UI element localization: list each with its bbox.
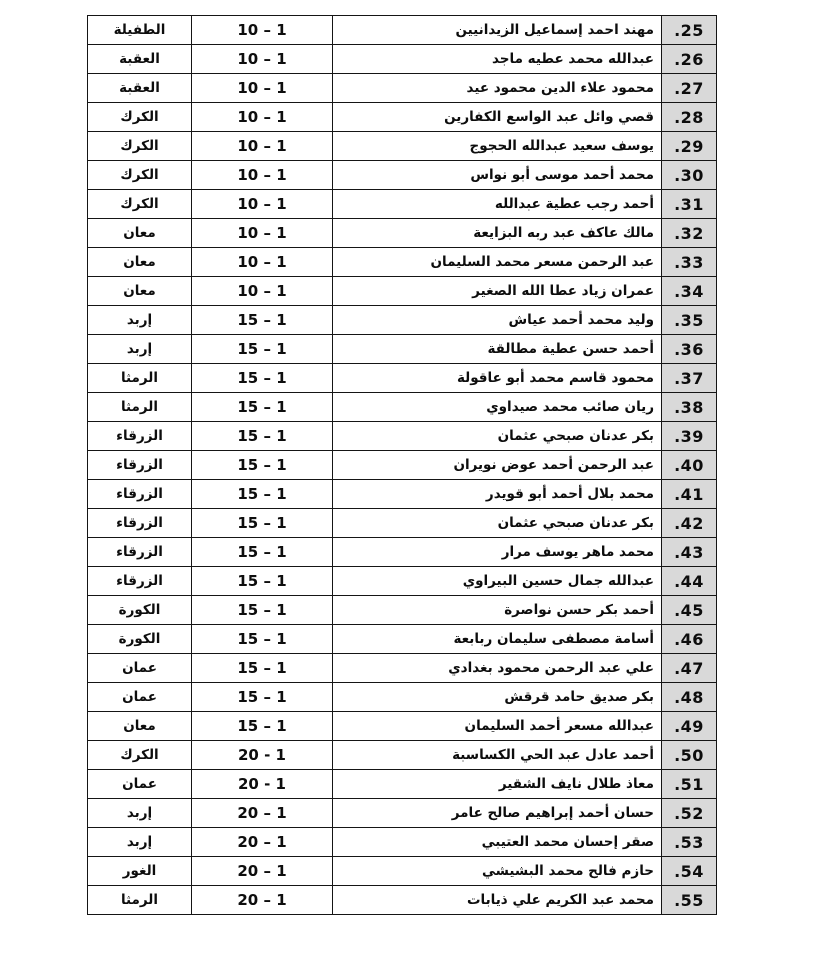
person-name-cell: معاذ طلال نايف الشقير xyxy=(333,770,662,799)
location-cell: الزرقاء xyxy=(88,538,192,567)
person-name-cell: بكر صديق حامد قرقش xyxy=(333,683,662,712)
table-row: 25. مهند احمد إسماعيل الزيدانيين 1 – 10 … xyxy=(88,16,717,45)
number-range-cell: 1 – 15 xyxy=(192,335,333,364)
person-name-cell: عبد الرحمن مسعر محمد السليمان xyxy=(333,248,662,277)
table-row: 28. قصي وائل عبد الواسع الكفارين 1 – 10 … xyxy=(88,103,717,132)
number-range-cell: 1 – 10 xyxy=(192,161,333,190)
person-name-cell: محمد عبد الكريم علي ذيابات xyxy=(333,886,662,915)
location-cell: إربد xyxy=(88,828,192,857)
row-number-cell: 52. xyxy=(662,799,717,828)
location-cell: الزرقاء xyxy=(88,422,192,451)
person-name-cell: محمد ماهر يوسف مرار xyxy=(333,538,662,567)
person-name-cell: بكر عدنان صبحي عثمان xyxy=(333,422,662,451)
location-cell: الرمثا xyxy=(88,886,192,915)
location-cell: الكرك xyxy=(88,161,192,190)
table-row: 29. يوسف سعيد عبدالله الحجوج 1 – 10 الكر… xyxy=(88,132,717,161)
location-cell: الكرك xyxy=(88,103,192,132)
row-number-cell: 36. xyxy=(662,335,717,364)
row-number-cell: 45. xyxy=(662,596,717,625)
row-number-cell: 54. xyxy=(662,857,717,886)
number-range-cell: 1 - 20 xyxy=(192,741,333,770)
row-number-cell: 47. xyxy=(662,654,717,683)
number-range-cell: 1 - 20 xyxy=(192,770,333,799)
person-name-cell: حسان أحمد إبراهيم صالح عامر xyxy=(333,799,662,828)
person-name-cell: محمود علاء الدين محمود عيد xyxy=(333,74,662,103)
table-row: 41. محمد بلال أحمد أبو قويدر 1 – 15 الزر… xyxy=(88,480,717,509)
person-name-cell: حازم فالح محمد البشيشي xyxy=(333,857,662,886)
number-range-cell: 1 – 15 xyxy=(192,364,333,393)
number-range-cell: 1 – 10 xyxy=(192,16,333,45)
table-row: 42. بكر عدنان صبحي عثمان 1 – 15 الزرقاء xyxy=(88,509,717,538)
table-row: 30. محمد أحمد موسى أبو نواس 1 – 10 الكرك xyxy=(88,161,717,190)
table-row: 38. ريان صائب محمد صيداوي 1 – 15 الرمثا xyxy=(88,393,717,422)
person-name-cell: عمران زياد عطا الله الصغير xyxy=(333,277,662,306)
person-name-cell: أحمد رجب عطية عبدالله xyxy=(333,190,662,219)
location-cell: معان xyxy=(88,712,192,741)
table-row: 34. عمران زياد عطا الله الصغير 1 – 10 مع… xyxy=(88,277,717,306)
person-name-cell: وليد محمد أحمد عياش xyxy=(333,306,662,335)
table-row: 26. عبدالله محمد عطيه ماجد 1 – 10 العقبة xyxy=(88,45,717,74)
location-cell: العقبة xyxy=(88,74,192,103)
row-number-cell: 27. xyxy=(662,74,717,103)
table-row: 54. حازم فالح محمد البشيشي 1 – 20 الغور xyxy=(88,857,717,886)
row-number-cell: 28. xyxy=(662,103,717,132)
table-row: 46. أسامة مصطفى سليمان ربابعة 1 – 15 الك… xyxy=(88,625,717,654)
row-number-cell: 43. xyxy=(662,538,717,567)
location-cell: العقبة xyxy=(88,45,192,74)
row-number-cell: 34. xyxy=(662,277,717,306)
row-number-cell: 50. xyxy=(662,741,717,770)
number-range-cell: 1 – 15 xyxy=(192,625,333,654)
number-range-cell: 1 – 15 xyxy=(192,596,333,625)
table-row: 53. صقر إحسان محمد العتيبي 1 – 20 إربد xyxy=(88,828,717,857)
location-cell: عمان xyxy=(88,683,192,712)
row-number-cell: 46. xyxy=(662,625,717,654)
location-cell: الرمثا xyxy=(88,393,192,422)
person-name-cell: علي عبد الرحمن محمود بغدادي xyxy=(333,654,662,683)
table-row: 43. محمد ماهر يوسف مرار 1 – 15 الزرقاء xyxy=(88,538,717,567)
table-row: 36. أحمد حسن عطية مطالقة 1 – 15 إربد xyxy=(88,335,717,364)
location-cell: عمان xyxy=(88,654,192,683)
row-number-cell: 42. xyxy=(662,509,717,538)
number-range-cell: 1 – 20 xyxy=(192,857,333,886)
table-row: 40. عبد الرحمن أحمد عوض نويران 1 – 15 ال… xyxy=(88,451,717,480)
location-cell: الكرك xyxy=(88,132,192,161)
table-row: 37. محمود قاسم محمد أبو عاقولة 1 – 15 ال… xyxy=(88,364,717,393)
person-name-cell: ريان صائب محمد صيداوي xyxy=(333,393,662,422)
location-cell: الزرقاء xyxy=(88,480,192,509)
number-range-cell: 1 – 10 xyxy=(192,248,333,277)
row-number-cell: 38. xyxy=(662,393,717,422)
row-number-cell: 44. xyxy=(662,567,717,596)
location-cell: الزرقاء xyxy=(88,451,192,480)
row-number-cell: 33. xyxy=(662,248,717,277)
location-cell: معان xyxy=(88,248,192,277)
number-range-cell: 1 – 10 xyxy=(192,277,333,306)
number-range-cell: 1 – 10 xyxy=(192,190,333,219)
row-number-cell: 26. xyxy=(662,45,717,74)
location-cell: إربد xyxy=(88,799,192,828)
number-range-cell: 1 – 15 xyxy=(192,422,333,451)
number-range-cell: 1 – 15 xyxy=(192,393,333,422)
number-range-cell: 1 – 20 xyxy=(192,828,333,857)
person-name-cell: محمود قاسم محمد أبو عاقولة xyxy=(333,364,662,393)
number-range-cell: 1 – 10 xyxy=(192,132,333,161)
row-number-cell: 40. xyxy=(662,451,717,480)
row-number-cell: 32. xyxy=(662,219,717,248)
location-cell: الطفيلة xyxy=(88,16,192,45)
person-name-cell: أحمد حسن عطية مطالقة xyxy=(333,335,662,364)
location-cell: الكورة xyxy=(88,596,192,625)
location-cell: عمان xyxy=(88,770,192,799)
table-row: 48. بكر صديق حامد قرقش 1 – 15 عمان xyxy=(88,683,717,712)
table-row: 44. عبدالله جمال حسين البيراوي 1 – 15 ال… xyxy=(88,567,717,596)
number-range-cell: 1 – 20 xyxy=(192,886,333,915)
number-range-cell: 1 – 15 xyxy=(192,683,333,712)
row-number-cell: 29. xyxy=(662,132,717,161)
table-row: 31. أحمد رجب عطية عبدالله 1 – 10 الكرك xyxy=(88,190,717,219)
person-name-cell: صقر إحسان محمد العتيبي xyxy=(333,828,662,857)
location-cell: الرمثا xyxy=(88,364,192,393)
person-name-cell: قصي وائل عبد الواسع الكفارين xyxy=(333,103,662,132)
person-name-cell: بكر عدنان صبحي عثمان xyxy=(333,509,662,538)
number-range-cell: 1 – 10 xyxy=(192,103,333,132)
row-number-cell: 30. xyxy=(662,161,717,190)
row-number-cell: 37. xyxy=(662,364,717,393)
row-number-cell: 25. xyxy=(662,16,717,45)
row-number-cell: 35. xyxy=(662,306,717,335)
row-number-cell: 41. xyxy=(662,480,717,509)
number-range-cell: 1 – 15 xyxy=(192,480,333,509)
table-row: 27. محمود علاء الدين محمود عيد 1 – 10 ال… xyxy=(88,74,717,103)
location-cell: معان xyxy=(88,219,192,248)
scanned-page: 25. مهند احمد إسماعيل الزيدانيين 1 – 10 … xyxy=(0,0,828,960)
number-range-cell: 1 – 20 xyxy=(192,799,333,828)
table-row: 52. حسان أحمد إبراهيم صالح عامر 1 – 20 إ… xyxy=(88,799,717,828)
number-range-cell: 1 – 15 xyxy=(192,654,333,683)
location-cell: الكرك xyxy=(88,741,192,770)
person-name-cell: محمد بلال أحمد أبو قويدر xyxy=(333,480,662,509)
row-number-cell: 53. xyxy=(662,828,717,857)
location-cell: إربد xyxy=(88,306,192,335)
person-name-cell: عبد الرحمن أحمد عوض نويران xyxy=(333,451,662,480)
table-row: 35. وليد محمد أحمد عياش 1 – 15 إربد xyxy=(88,306,717,335)
person-name-cell: مالك عاكف عبد ربه البزايعة xyxy=(333,219,662,248)
table-row: 49. عبدالله مسعر أحمد السليمان 1 – 15 مع… xyxy=(88,712,717,741)
location-cell: الكرك xyxy=(88,190,192,219)
table-row: 32. مالك عاكف عبد ربه البزايعة 1 – 10 مع… xyxy=(88,219,717,248)
person-name-cell: أحمد بكر حسن نواصرة xyxy=(333,596,662,625)
person-name-cell: عبدالله جمال حسين البيراوي xyxy=(333,567,662,596)
person-name-cell: عبدالله مسعر أحمد السليمان xyxy=(333,712,662,741)
table-row: 39. بكر عدنان صبحي عثمان 1 – 15 الزرقاء xyxy=(88,422,717,451)
number-range-cell: 1 – 10 xyxy=(192,74,333,103)
location-cell: الغور xyxy=(88,857,192,886)
row-number-cell: 55. xyxy=(662,886,717,915)
location-cell: الكورة xyxy=(88,625,192,654)
number-range-cell: 1 – 15 xyxy=(192,509,333,538)
location-cell: الزرقاء xyxy=(88,509,192,538)
roster-table: 25. مهند احمد إسماعيل الزيدانيين 1 – 10 … xyxy=(87,15,717,915)
number-range-cell: 1 – 15 xyxy=(192,567,333,596)
table-row: 45. أحمد بكر حسن نواصرة 1 – 15 الكورة xyxy=(88,596,717,625)
row-number-cell: 49. xyxy=(662,712,717,741)
number-range-cell: 1 – 10 xyxy=(192,45,333,74)
person-name-cell: يوسف سعيد عبدالله الحجوج xyxy=(333,132,662,161)
person-name-cell: عبدالله محمد عطيه ماجد xyxy=(333,45,662,74)
table-row: 51. معاذ طلال نايف الشقير 1 - 20 عمان xyxy=(88,770,717,799)
person-name-cell: مهند احمد إسماعيل الزيدانيين xyxy=(333,16,662,45)
number-range-cell: 1 – 15 xyxy=(192,306,333,335)
person-name-cell: محمد أحمد موسى أبو نواس xyxy=(333,161,662,190)
person-name-cell: أسامة مصطفى سليمان ربابعة xyxy=(333,625,662,654)
person-name-cell: أحمد عادل عبد الحي الكساسبة xyxy=(333,741,662,770)
table-row: 55. محمد عبد الكريم علي ذيابات 1 – 20 ال… xyxy=(88,886,717,915)
number-range-cell: 1 – 15 xyxy=(192,538,333,567)
row-number-cell: 31. xyxy=(662,190,717,219)
location-cell: معان xyxy=(88,277,192,306)
row-number-cell: 48. xyxy=(662,683,717,712)
row-number-cell: 39. xyxy=(662,422,717,451)
table-row: 33. عبد الرحمن مسعر محمد السليمان 1 – 10… xyxy=(88,248,717,277)
row-number-cell: 51. xyxy=(662,770,717,799)
number-range-cell: 1 – 15 xyxy=(192,451,333,480)
location-cell: الزرقاء xyxy=(88,567,192,596)
number-range-cell: 1 – 10 xyxy=(192,219,333,248)
roster-table-body: 25. مهند احمد إسماعيل الزيدانيين 1 – 10 … xyxy=(88,16,717,915)
number-range-cell: 1 – 15 xyxy=(192,712,333,741)
table-row: 47. علي عبد الرحمن محمود بغدادي 1 – 15 ع… xyxy=(88,654,717,683)
location-cell: إربد xyxy=(88,335,192,364)
table-row: 50. أحمد عادل عبد الحي الكساسبة 1 - 20 ا… xyxy=(88,741,717,770)
